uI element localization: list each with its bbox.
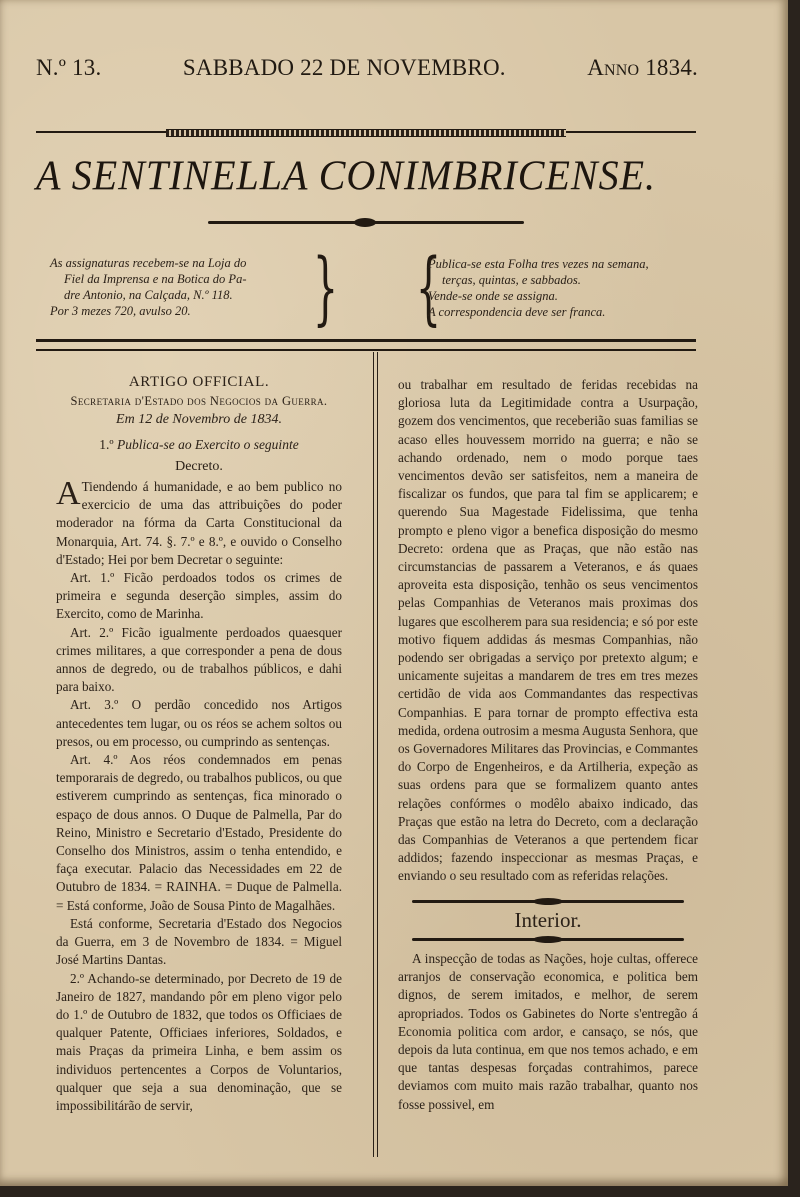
section-rule-bottom [412,938,684,941]
article-heading: ARTIGO OFFICIAL. [56,373,342,391]
publication-line: terças, quintas, e sabbados. [428,272,728,288]
secretaria-heading: Secretaria d'Estado dos Negocios da Guer… [34,392,364,410]
article-paragraph: ATiendendo á humanidade, e ao bem public… [56,478,342,569]
item-number: 1.º [99,437,113,452]
publication-info: Publica-se esta Folha tres vezes na sema… [428,256,728,320]
page-edge-shadow [788,0,800,1197]
right-brace-icon: } [313,248,338,328]
ornamental-rule [36,129,696,135]
article-paragraph: 2.º Achando-se determinado, por Decreto … [56,970,342,1116]
ornament-pattern [166,129,566,137]
publication-line: Vende-se onde se assigna. [428,288,728,304]
newspaper-page: N.º 13. SABBADO 22 DE NOVEMBRO. Anno 183… [0,0,788,1186]
section-title: Interior. [398,911,698,929]
subscription-line: Por 3 mezes 720, avulso 20. [50,303,308,319]
article-date: Em 12 de Novembro de 1834. [56,411,342,429]
article-paragraph: ou trabalhar em resultado de feridas rec… [398,376,698,886]
article-paragraph: Art. 3.º O perdão concedido nos Artigos … [56,696,342,751]
issue-number: N.º 13. [36,55,101,81]
publication-line: A correspondencia deve ser franca. [428,304,728,320]
publication-line: Publica-se esta Folha tres vezes na sema… [428,256,728,272]
column-divider [373,352,378,1157]
issue-year: Anno 1834. [587,55,698,81]
newspaper-title: A SENTINELLA CONIMBRICENSE. [36,151,706,200]
left-column: ARTIGO OFFICIAL. Secretaria d'Estado dos… [56,373,342,1115]
interior-paragraph: A inspecção de todas as Nações, hoje cul… [398,950,698,1114]
subscription-line: As assignaturas recebem-se na Loja do [50,255,308,271]
subscription-info: As assignaturas recebem-se na Loja do Fi… [50,255,308,319]
item-text: Publica-se ao Exercito o seguinte [117,437,299,452]
page-edge-shadow [0,1186,800,1197]
item-heading: 1.º Publica-se ao Exercito o seguinte [56,436,342,454]
article-paragraph: Art. 1.º Ficão perdoados todos os crimes… [56,569,342,624]
title-underline-ornament [208,221,524,224]
article-paragraph: Art. 4.º Aos réos condemnados em penas t… [56,751,342,915]
section-rule-top [412,900,684,903]
masthead: N.º 13. SABBADO 22 DE NOVEMBRO. Anno 183… [36,55,698,81]
issue-date: SABBADO 22 DE NOVEMBRO. [183,55,506,81]
header-double-rule [36,339,696,351]
right-column: ou trabalhar em resultado de feridas rec… [398,376,698,1114]
subscription-line: dre Antonio, na Calçada, N.º 118. [50,287,308,303]
article-paragraph: Art. 2.º Ficão igualmente perdoados quae… [56,624,342,697]
decreto-heading: Decreto. [56,458,342,476]
subscription-line: Fiel da Imprensa e na Botica do Pa- [50,271,308,287]
article-paragraph: Está conforme, Secretaria d'Estado dos N… [56,915,342,970]
drop-cap: A [56,480,81,508]
